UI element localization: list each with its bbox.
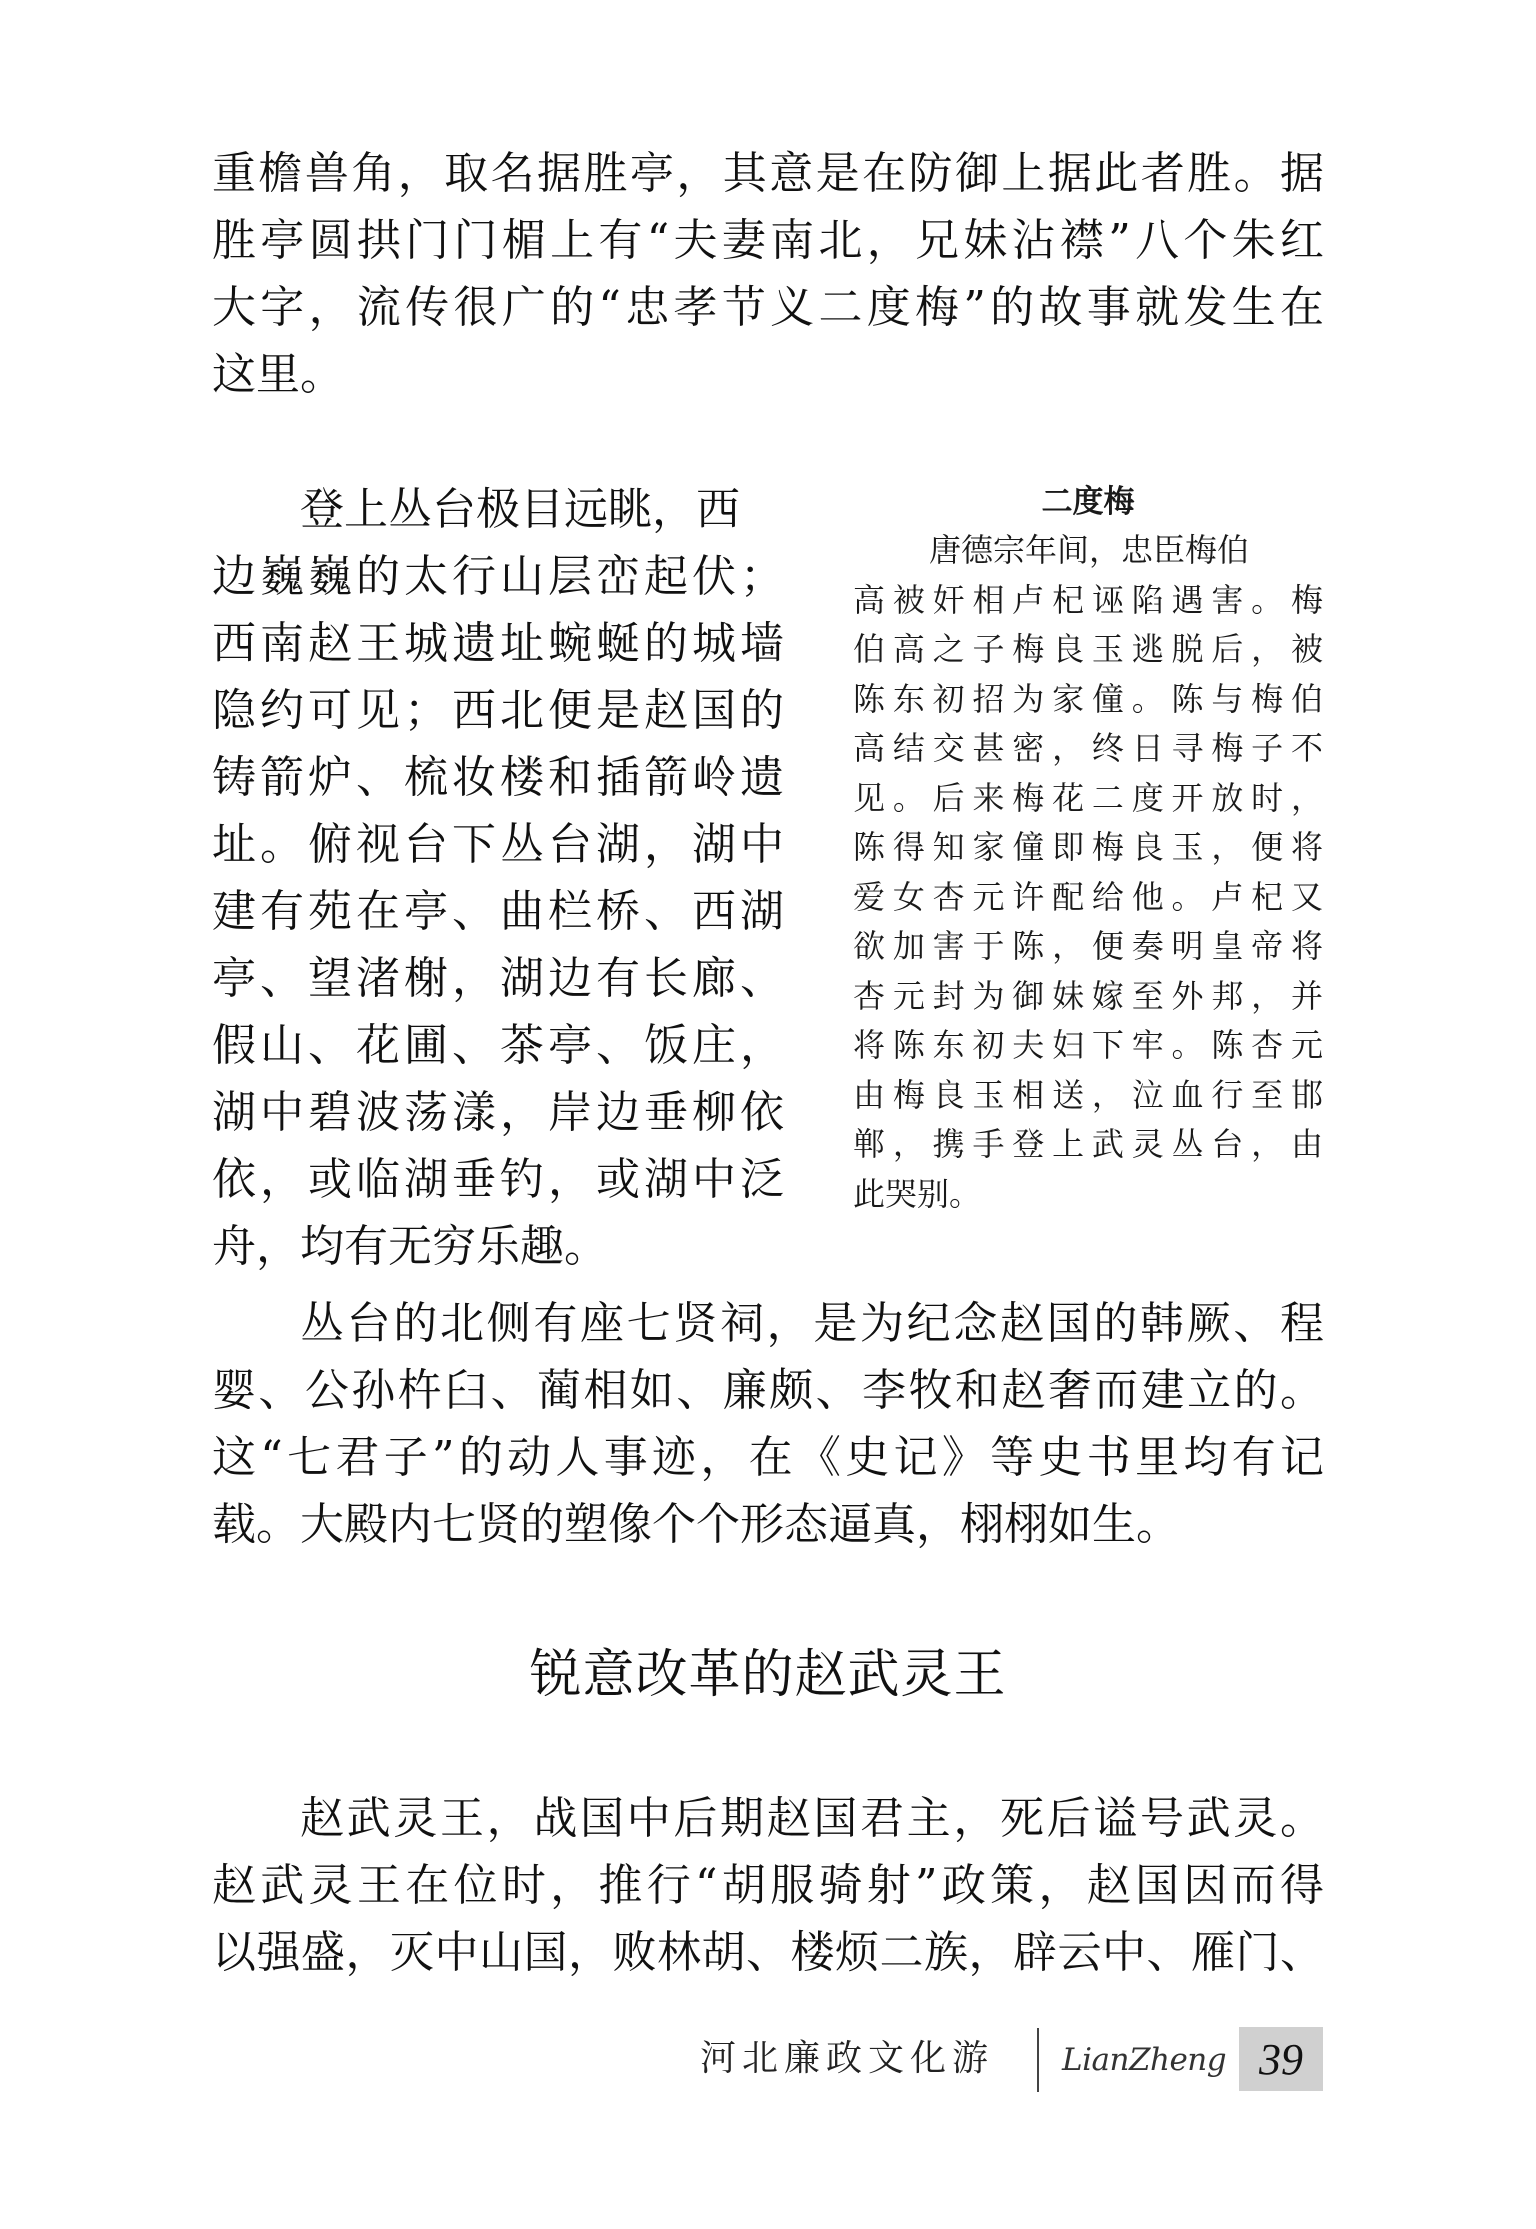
footer-divider bbox=[1037, 2028, 1039, 2092]
sidebar-body: 唐德宗年间，忠臣梅伯 高被奸相卢杞诬陷遇害。梅 伯高之子梅良玉逃脱后，被 陈东初… bbox=[853, 526, 1323, 1219]
text-line: 赵武灵王，战国中后期赵国君主，死后谥号武灵。 bbox=[212, 1785, 1324, 1852]
text-line: 假山、花圃、茶亭、饭庄， bbox=[212, 1012, 784, 1079]
sidebar-line: 见。后来梅花二度开放时， bbox=[853, 774, 1323, 824]
text-line: 舟，均有无穷乐趣。 bbox=[212, 1213, 784, 1280]
text-line: 这里。 bbox=[212, 341, 1324, 408]
sidebar-line: 陈得知家僮即梅良玉，便将 bbox=[853, 823, 1323, 873]
sidebar-line: 唐德宗年间，忠臣梅伯 bbox=[853, 526, 1323, 576]
section-heading: 锐意改革的赵武灵王 bbox=[212, 1640, 1324, 1710]
text-line: 隐约可见；西北便是赵国的 bbox=[212, 677, 784, 744]
sidebar-line: 杏元封为御妹嫁至外邦，并 bbox=[853, 972, 1323, 1022]
sidebar-line: 此哭别。 bbox=[853, 1170, 1323, 1220]
text-line: 依，或临湖垂钓，或湖中泛 bbox=[212, 1146, 784, 1213]
sidebar-title: 二度梅 bbox=[853, 482, 1323, 522]
text-line: 亭、望渚榭，湖边有长廊、 bbox=[212, 945, 784, 1012]
brand-wordmark: LianZheng bbox=[1062, 2038, 1226, 2082]
paragraph-qi-xian-ci: 丛台的北侧有座七贤祠，是为纪念赵国的韩厥、程 婴、公孙杵臼、蔺相如、廉颇、李牧和… bbox=[212, 1290, 1324, 1558]
paragraph-ju-sheng-ting: 重檐兽角，取名据胜亭，其意是在防御上据此者胜。据 胜亭圆拱门门楣上有“夫妻南北，… bbox=[212, 140, 1324, 408]
page-footer: 河北廉政文化游 LianZheng 39 bbox=[0, 2020, 1536, 2130]
sidebar-line: 由梅良玉相送，泣血行至邯 bbox=[853, 1071, 1323, 1121]
sidebar-line: 爱女杏元许配给他。卢杞又 bbox=[853, 873, 1323, 923]
page-number-box: 39 bbox=[1239, 2027, 1323, 2091]
sidebar-line: 伯高之子梅良玉逃脱后，被 bbox=[853, 625, 1323, 675]
paragraph-zhao-wuling-wang: 赵武灵王，战国中后期赵国君主，死后谥号武灵。 赵武灵王在位时，推行“胡服骑射”政… bbox=[212, 1785, 1324, 1986]
text-line: 赵武灵王在位时，推行“胡服骑射”政策，赵国因而得 bbox=[212, 1852, 1324, 1919]
text-line: 重檐兽角，取名据胜亭，其意是在防御上据此者胜。据 bbox=[212, 140, 1324, 207]
text-line: 建有苑在亭、曲栏桥、西湖 bbox=[212, 878, 784, 945]
text-line: 胜亭圆拱门门楣上有“夫妻南北，兄妹沾襟”八个朱红 bbox=[212, 207, 1324, 274]
text-line: 大字，流传很广的“忠孝节义二度梅”的故事就发生在 bbox=[212, 274, 1324, 341]
sidebar-line: 将陈东初夫妇下牢。陈杏元 bbox=[853, 1021, 1323, 1071]
text-line: 西南赵王城遗址蜿蜒的城墙 bbox=[212, 610, 784, 677]
sidebar-line: 郸，携手登上武灵丛台，由 bbox=[853, 1120, 1323, 1170]
text-line: 这“七君子”的动人事迹，在《史记》等史书里均有记 bbox=[212, 1424, 1324, 1491]
text-line: 登上丛台极目远眺，西 bbox=[212, 476, 784, 543]
text-line: 湖中碧波荡漾，岸边垂柳依 bbox=[212, 1079, 784, 1146]
sidebar-line: 高结交甚密，终日寻梅子不 bbox=[853, 724, 1323, 774]
sidebar-line: 欲加害于陈，便奏明皇帝将 bbox=[853, 922, 1323, 972]
book-title: 河北廉政文化游 bbox=[700, 2034, 994, 2084]
sidebar-er-du-mei: 二度梅 唐德宗年间，忠臣梅伯 高被奸相卢杞诬陷遇害。梅 伯高之子梅良玉逃脱后，被… bbox=[853, 482, 1323, 1219]
sidebar-line: 高被奸相卢杞诬陷遇害。梅 bbox=[853, 576, 1323, 626]
text-line: 铸箭炉、梳妆楼和插箭岭遗 bbox=[212, 744, 784, 811]
text-line: 边巍巍的太行山层峦起伏； bbox=[212, 543, 784, 610]
page-number: 39 bbox=[1259, 2034, 1303, 2085]
text-line: 载。大殿内七贤的塑像个个形态逼真，栩栩如生。 bbox=[212, 1491, 1324, 1558]
text-line: 婴、公孙杵臼、蔺相如、廉颇、李牧和赵奢而建立的。 bbox=[212, 1357, 1324, 1424]
text-line: 址。俯视台下丛台湖，湖中 bbox=[212, 811, 784, 878]
book-page: 重檐兽角，取名据胜亭，其意是在防御上据此者胜。据 胜亭圆拱门门楣上有“夫妻南北，… bbox=[0, 0, 1536, 2229]
text-line: 以强盛，灭中山国，败林胡、楼烦二族，辟云中、雁门、 bbox=[212, 1919, 1324, 1986]
paragraph-view-from-congtai: 登上丛台极目远眺，西 边巍巍的太行山层峦起伏； 西南赵王城遗址蜿蜒的城墙 隐约可… bbox=[212, 476, 784, 1280]
sidebar-line: 陈东初招为家僮。陈与梅伯 bbox=[853, 675, 1323, 725]
text-line: 丛台的北侧有座七贤祠，是为纪念赵国的韩厥、程 bbox=[212, 1290, 1324, 1357]
